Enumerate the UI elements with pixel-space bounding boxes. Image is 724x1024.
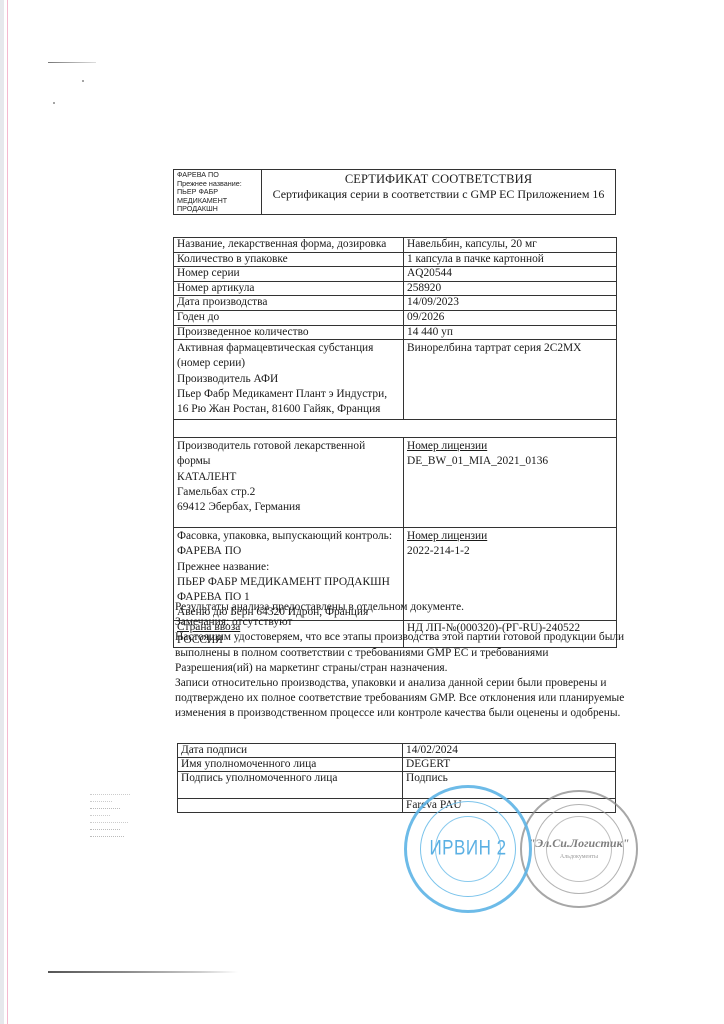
scan-edge	[0, 0, 4, 1024]
paragraph: Результаты анализа предоставлены в отдел…	[175, 600, 625, 615]
api-label-line: Активная фармацевтическая субстанция	[177, 341, 400, 356]
table-row: Произведенное количество 14 440 уп	[174, 325, 617, 340]
row-value: 1 капсула в пачке картонной	[404, 252, 617, 267]
empty-cell	[174, 420, 617, 438]
scan-edge-line	[7, 0, 8, 1024]
row-label: Название, лекарственная форма, дозировка	[174, 238, 404, 253]
product-table: Название, лекарственная форма, дозировка…	[173, 237, 617, 648]
statement-text: Результаты анализа предоставлены в отдел…	[175, 600, 625, 722]
spacer-row	[174, 420, 617, 438]
packager-line: ПЬЕР ФАБР МЕДИКАМЕНТ ПРОДАКШН	[177, 575, 400, 590]
certificate-subtitle: Сертификация серии в соответствии с GMP …	[262, 187, 615, 202]
manufacturer-line: формы	[177, 454, 400, 469]
row-value: DEGERT	[403, 758, 616, 772]
table-row: Номер серии AQ20544	[174, 267, 617, 282]
api-label-line: 16 Рю Жан Ростан, 81600 Гайяк, Франция	[177, 402, 400, 417]
api-label-line: (номер серии)	[177, 356, 400, 371]
certificate-title: СЕРТИФИКАТ СООТВЕТСТВИЯ	[262, 172, 615, 187]
table-row: Годен до 09/2026	[174, 310, 617, 325]
row-label: Подпись уполномоченного лица	[178, 772, 403, 799]
row-label: Дата производства	[174, 296, 404, 311]
table-row: Дата производства 14/09/2023	[174, 296, 617, 311]
company-block: ФАРЕВА ПО Прежнее название: ПЬЕР ФАБР МЕ…	[174, 170, 262, 214]
paragraph: Замечания: отсутствуют	[175, 615, 625, 630]
manufacturer-line: 69412 Эбербах, Германия	[177, 500, 400, 515]
table-row: Название, лекарственная форма, дозировка…	[174, 238, 617, 253]
seal-name: "Эл.Си.Логистик"	[522, 836, 636, 851]
row-label: Номер артикула	[174, 281, 404, 296]
scan-speck	[53, 102, 55, 104]
scan-artifact	[48, 971, 238, 973]
packager-line: ФАРЕВА ПО	[177, 544, 400, 559]
row-value: 14 440 уп	[404, 325, 617, 340]
row-label: Дата подписи	[178, 744, 403, 758]
row-label	[178, 799, 403, 813]
seal-name: ИРВИН 2	[407, 836, 529, 861]
blue-seal-stamp: ИРВИН 2	[404, 785, 532, 913]
license-heading: Номер лицензии	[407, 439, 613, 454]
row-label: Имя уполномоченного лица	[178, 758, 403, 772]
row-label: Годен до	[174, 310, 404, 325]
manufacturer-line: Гамельбах стр.2	[177, 485, 400, 500]
company-seal-stamp: "Эл.Си.Логистик" Альдокументы	[520, 790, 638, 908]
api-label-line: Производитель АФИ	[177, 372, 400, 387]
row-value: Навельбин, капсулы, 20 мг	[404, 238, 617, 253]
paragraph: Настоящим удостоверяем, что все этапы пр…	[175, 630, 625, 676]
row-value: 14/09/2023	[404, 296, 617, 311]
license-value: DE_BW_01_MIA_2021_0136	[407, 454, 613, 469]
table-row: Количество в упаковке 1 капсула в пачке …	[174, 252, 617, 267]
faded-bleed-text	[90, 788, 150, 837]
row-label: Количество в упаковке	[174, 252, 404, 267]
row-value: 14/02/2024	[403, 744, 616, 758]
scan-speck	[82, 80, 84, 82]
seal-subtext: Альдокументы	[522, 854, 636, 860]
table-row: Подпись уполномоченного лица Подпись	[178, 772, 616, 799]
table-row: Номер артикула 258920	[174, 281, 617, 296]
manufacturer-label: Производитель готовой лекарственной форм…	[174, 438, 404, 528]
manufacturer-line: Производитель готовой лекарственной	[177, 439, 400, 454]
api-value: Винорелбина тартрат серия 2C2MX	[404, 340, 617, 420]
certificate-header: ФАРЕВА ПО Прежнее название: ПЬЕР ФАБР МЕ…	[173, 169, 616, 215]
license-heading: Номер лицензии	[407, 529, 613, 544]
company-line: ПРОДАКШН	[177, 205, 261, 214]
manufacturer-line: КАТАЛЕНТ	[177, 470, 400, 485]
api-label-line: Пьер Фабр Медикамент Плант э Индустри,	[177, 387, 400, 402]
row-value: 258920	[404, 281, 617, 296]
row-label: Номер серии	[174, 267, 404, 282]
packager-line: Фасовка, упаковка, выпускающий контроль:	[177, 529, 400, 544]
api-label: Активная фармацевтическая субстанция (но…	[174, 340, 404, 420]
api-row: Активная фармацевтическая субстанция (но…	[174, 340, 617, 420]
table-row: Имя уполномоченного лица DEGERT	[178, 758, 616, 772]
row-label: Произведенное количество	[174, 325, 404, 340]
license-value: 2022-214-1-2	[407, 544, 613, 559]
scan-artifact	[48, 62, 96, 63]
manufacturer-license: Номер лицензии DE_BW_01_MIA_2021_0136	[404, 438, 617, 528]
paragraph: Записи относительно производства, упаков…	[175, 676, 625, 722]
title-block: СЕРТИФИКАТ СООТВЕТСТВИЯ Сертификация сер…	[262, 170, 615, 214]
table-row: Дата подписи 14/02/2024	[178, 744, 616, 758]
manufacturer-row: Производитель готовой лекарственной форм…	[174, 438, 617, 528]
row-value: 09/2026	[404, 310, 617, 325]
row-value: AQ20544	[404, 267, 617, 282]
packager-line: Прежнее название:	[177, 560, 400, 575]
